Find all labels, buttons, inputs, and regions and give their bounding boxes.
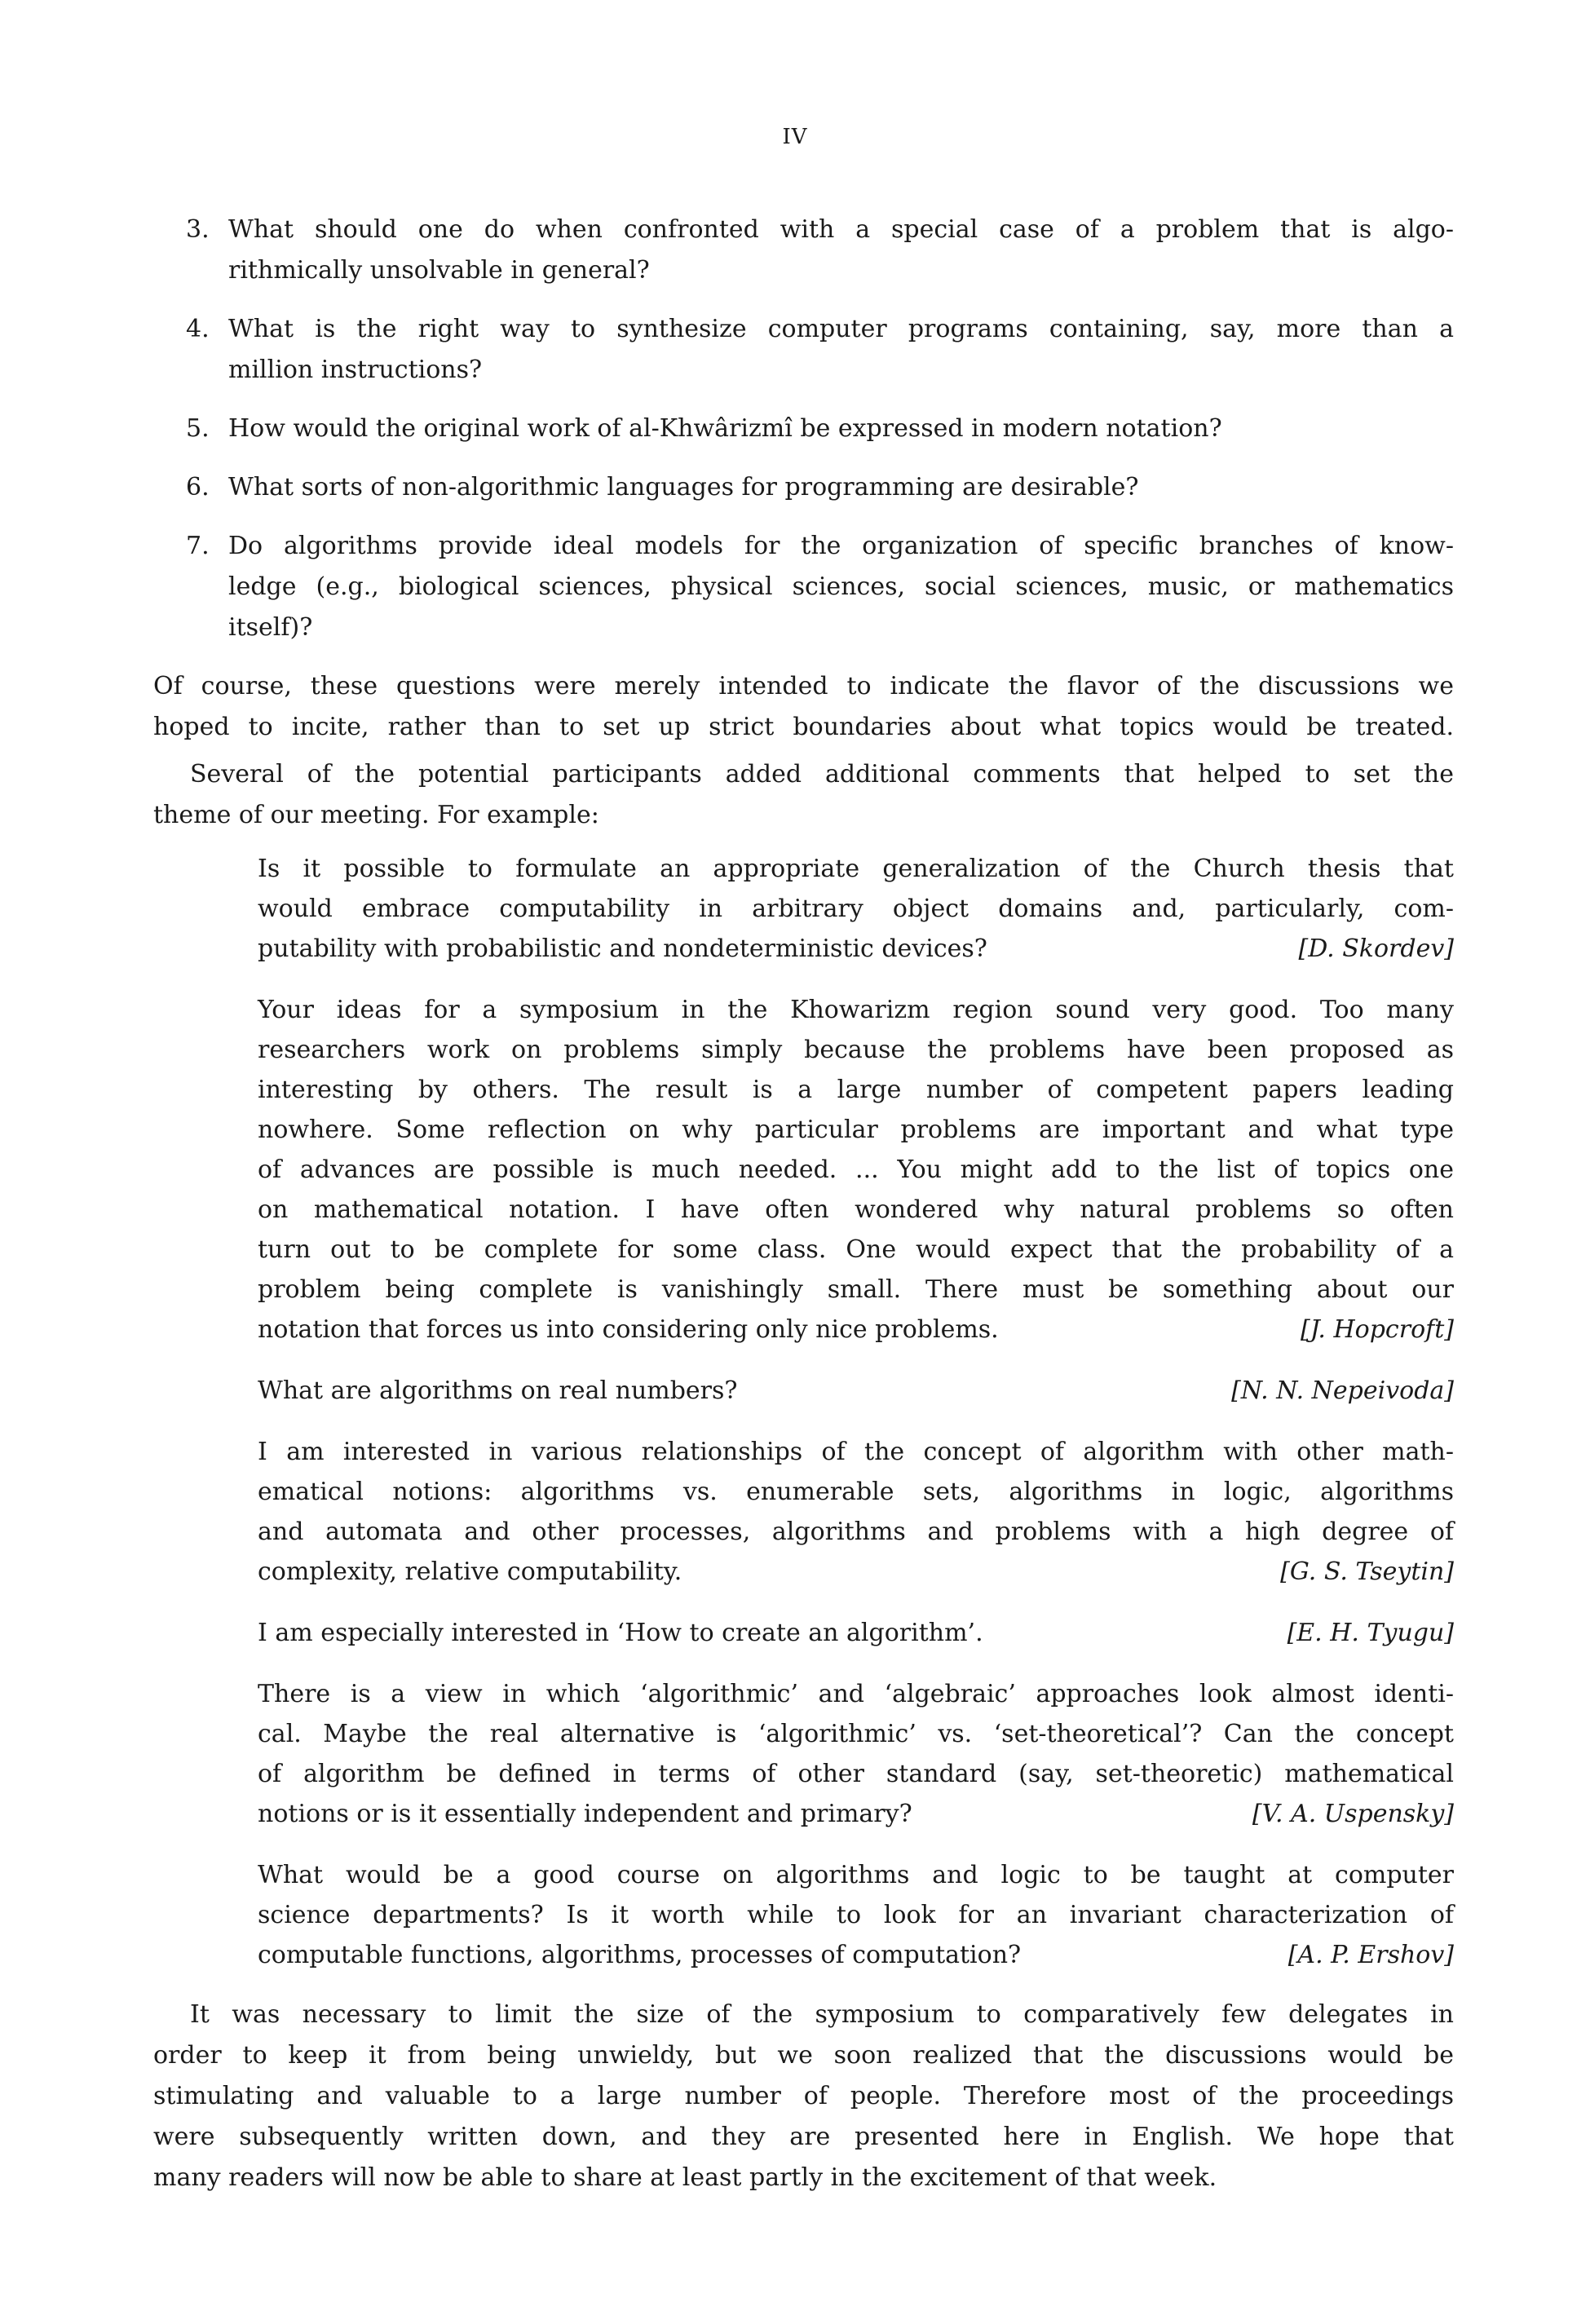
text-line: problem being complete is vanishingly sm… bbox=[258, 1270, 1454, 1310]
text-line: cal. Maybe the real alternative is ‘algo… bbox=[258, 1714, 1454, 1754]
text-line: Of course, these questions were merely i… bbox=[153, 666, 1454, 707]
text-line: How would the original work of al-Khwâri… bbox=[228, 409, 1454, 449]
text-line: of advances are possible is much needed.… bbox=[258, 1150, 1454, 1190]
list-item-number: 7. bbox=[186, 526, 210, 567]
quote-attribution-line: notions or is it essentially independent… bbox=[258, 1794, 1454, 1834]
text-line: putability with probabilistic and nondet… bbox=[258, 929, 987, 969]
text-line: There is a view in which ‘algorithmic’ a… bbox=[258, 1674, 1454, 1714]
text-line: of algorithm be defined in terms of othe… bbox=[258, 1754, 1454, 1794]
text-line: It was necessary to limit the size of th… bbox=[153, 1995, 1454, 2035]
quote-attribution: [J. Hopcroft] bbox=[1301, 1310, 1454, 1350]
list-item-question-7: 7. Do algorithms provide ideal models fo… bbox=[153, 526, 1454, 648]
paragraph-closing: It was necessary to limit the size of th… bbox=[153, 1995, 1454, 2198]
text-line: Do algorithms provide ideal models for t… bbox=[228, 526, 1454, 567]
quote-attribution: [A. P. Ershov] bbox=[1288, 1935, 1454, 1975]
quote-hopcroft: Your ideas for a symposium in the Khowar… bbox=[258, 990, 1454, 1350]
quote-attribution-line: notation that forces us into considering… bbox=[258, 1310, 1454, 1350]
text-line: What are algorithms on real numbers? bbox=[258, 1371, 738, 1411]
quote-attribution-line: computable functions, algorithms, proces… bbox=[258, 1935, 1454, 1975]
text-line: What sorts of non-algorithmic languages … bbox=[228, 467, 1454, 508]
list-item-number: 4. bbox=[186, 309, 210, 350]
quote-attribution: [N. N. Nepeivoda] bbox=[1231, 1371, 1454, 1411]
quote-attribution: [E. H. Tyugu] bbox=[1287, 1613, 1454, 1653]
text-line: hoped to incite, rather than to set up s… bbox=[153, 707, 1454, 748]
text-line: I am especially interested in ‘How to cr… bbox=[258, 1613, 983, 1653]
text-line: itself)? bbox=[228, 608, 1454, 648]
quote-attribution-line: I am especially interested in ‘How to cr… bbox=[258, 1613, 1454, 1653]
quote-attribution-line: putability with probabilistic and nondet… bbox=[258, 929, 1454, 969]
list-item-question-6: 6. What sorts of non-algorithmic languag… bbox=[153, 467, 1454, 508]
text-line: I am interested in various relationships… bbox=[258, 1432, 1454, 1472]
text-line: computable functions, algorithms, proces… bbox=[258, 1935, 1021, 1975]
text-line: science departments? Is it worth while t… bbox=[258, 1895, 1454, 1935]
text-line: Is it possible to formulate an appropria… bbox=[258, 849, 1454, 889]
quote-skordev: Is it possible to formulate an appropria… bbox=[258, 849, 1454, 969]
text-line: ematical notions: algorithms vs. enumera… bbox=[258, 1472, 1454, 1512]
text-line: would embrace computability in arbitrary… bbox=[258, 889, 1454, 929]
list-item-question-5: 5. How would the original work of al-Khw… bbox=[153, 409, 1454, 449]
text-line: many readers will now be able to share a… bbox=[153, 2158, 1454, 2198]
quote-tseytin: I am interested in various relationships… bbox=[258, 1432, 1454, 1592]
text-line: ledge (e.g., biological sciences, physic… bbox=[228, 567, 1454, 608]
quote-attribution: [G. S. Tseytin] bbox=[1280, 1552, 1454, 1592]
page-content: 3. What should one do when confronted wi… bbox=[153, 0, 1454, 2198]
paragraph-flavor-of-discussions: Of course, these questions were merely i… bbox=[153, 666, 1454, 748]
quote-tyugu: I am especially interested in ‘How to cr… bbox=[258, 1613, 1454, 1653]
list-item-number: 3. bbox=[186, 210, 210, 250]
text-line: stimulating and valuable to a large numb… bbox=[153, 2076, 1454, 2117]
quote-attribution: [V. A. Uspensky] bbox=[1252, 1794, 1454, 1834]
quote-nepeivoda: What are algorithms on real numbers? [N.… bbox=[258, 1371, 1454, 1411]
text-line: on mathematical notation. I have often w… bbox=[258, 1190, 1454, 1230]
quote-attribution-line: complexity, relative computability. [G. … bbox=[258, 1552, 1454, 1592]
text-line: researchers work on problems simply beca… bbox=[258, 1030, 1454, 1070]
text-line: interesting by others. The result is a l… bbox=[258, 1070, 1454, 1110]
text-line: theme of our meeting. For example: bbox=[153, 795, 1454, 836]
quote-attribution: [D. Skordev] bbox=[1298, 929, 1454, 969]
list-item-number: 6. bbox=[186, 467, 210, 508]
numbered-question-list: 3. What should one do when confronted wi… bbox=[153, 210, 1454, 648]
text-line: notions or is it essentially independent… bbox=[258, 1794, 912, 1834]
text-line: were subsequently written down, and they… bbox=[153, 2117, 1454, 2158]
text-line: What should one do when confronted with … bbox=[228, 210, 1454, 250]
text-line: nowhere. Some reflection on why particul… bbox=[258, 1110, 1454, 1150]
text-line: rithmically unsolvable in general? bbox=[228, 250, 1454, 291]
text-line: million instructions? bbox=[228, 350, 1454, 391]
list-item-question-4: 4. What is the right way to synthesize c… bbox=[153, 309, 1454, 391]
paragraph-participant-comments-intro: Several of the potential participants ad… bbox=[153, 754, 1454, 836]
text-line: order to keep it from being unwieldy, bu… bbox=[153, 2035, 1454, 2076]
list-item-number: 5. bbox=[186, 409, 210, 449]
text-line: and automata and other processes, algori… bbox=[258, 1512, 1454, 1552]
text-line: notation that forces us into considering… bbox=[258, 1310, 999, 1350]
text-line: What is the right way to synthesize comp… bbox=[228, 309, 1454, 350]
text-line: What would be a good course on algorithm… bbox=[258, 1855, 1454, 1895]
text-line: turn out to be complete for some class. … bbox=[258, 1230, 1454, 1270]
text-line: Several of the potential participants ad… bbox=[153, 754, 1454, 795]
list-item-question-3: 3. What should one do when confronted wi… bbox=[153, 210, 1454, 291]
text-line: complexity, relative computability. bbox=[258, 1552, 682, 1592]
quote-uspensky: There is a view in which ‘algorithmic’ a… bbox=[258, 1674, 1454, 1834]
quote-attribution-line: What are algorithms on real numbers? [N.… bbox=[258, 1371, 1454, 1411]
text-line: Your ideas for a symposium in the Khowar… bbox=[258, 990, 1454, 1030]
quote-ershov: What would be a good course on algorithm… bbox=[258, 1855, 1454, 1975]
scanned-book-page: IV 3. What should one do when confronted… bbox=[0, 0, 1590, 2324]
